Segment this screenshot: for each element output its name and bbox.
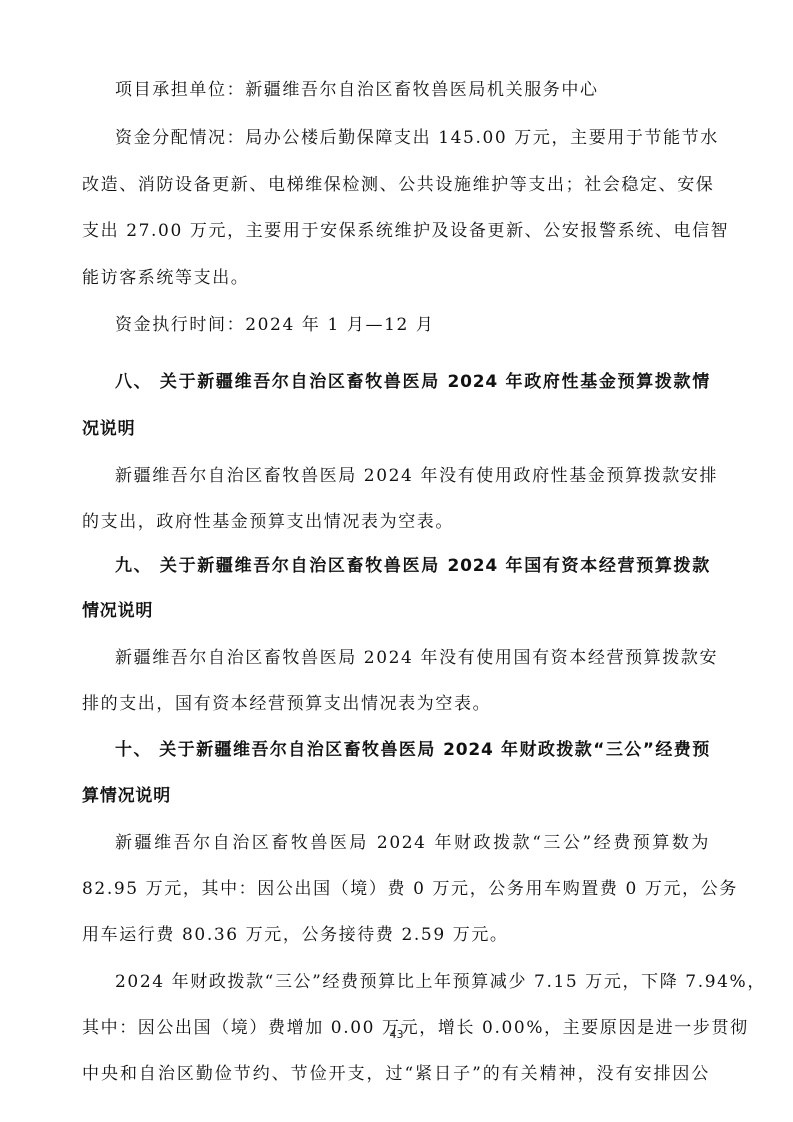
document-page: 项目承担单位：新疆维吾尔自治区畜牧兽医局机关服务中心 资金分配情况：局办公楼后勤… — [0, 0, 793, 1122]
section10-body1-line-3: 用车运行费 80.36 万元，公务接待费 2.59 万元。 — [82, 924, 509, 946]
section10-body2-line-3: 中央和自治区勤俭节约、节俭开支，过“紧日子”的有关精神，没有安排因公 — [82, 1063, 710, 1085]
section8-body-line-1: 新疆维吾尔自治区畜牧兽医局 2024 年没有使用政府性基金预算拨款安排 — [115, 465, 710, 487]
allocation-line-3: 支出 27.00 万元，主要用于安保系统维护及设备更新、公安报警系统、电信智 — [82, 220, 710, 242]
section10-body1-line-1: 新疆维吾尔自治区畜牧兽医局 2024 年财政拨款“三公”经费预算数为 — [115, 832, 710, 854]
page-number: 43 — [0, 1028, 793, 1041]
section10-body2-line-1: 2024 年财政拨款“三公”经费预算比上年预算减少 7.15 万元，下降 7.9… — [115, 971, 710, 993]
section9-heading-line-2: 情况说明 — [82, 600, 153, 622]
section9-body-line-2: 排的支出，国有资本经营预算支出情况表为空表。 — [82, 693, 491, 715]
project-unit: 项目承担单位：新疆维吾尔自治区畜牧兽医局机关服务中心 — [115, 79, 599, 101]
section10-heading-line-2: 算情况说明 — [82, 785, 171, 807]
section8-heading-line-2: 况说明 — [82, 418, 135, 440]
section10-body1-line-2: 82.95 万元，其中：因公出国（境）费 0 万元，公务用车购置费 0 万元，公… — [82, 878, 710, 900]
section10-heading-line-1: 十、 关于新疆维吾尔自治区畜牧兽医局 2024 年财政拨款“三公”经费预 — [115, 739, 710, 761]
section9-heading-line-1: 九、 关于新疆维吾尔自治区畜牧兽医局 2024 年国有资本经营预算拨款 — [115, 555, 710, 577]
execution-time: 资金执行时间：2024 年 1 月—12 月 — [115, 314, 435, 336]
allocation-line-1: 资金分配情况：局办公楼后勤保障支出 145.00 万元，主要用于节能节水 — [115, 127, 710, 149]
allocation-line-4: 能访客系统等支出。 — [82, 267, 249, 289]
section8-body-line-2: 的支出，政府性基金预算支出情况表为空表。 — [82, 511, 454, 533]
allocation-line-2: 改造、消防设备更新、电梯维保检测、公共设施维护等支出；社会稳定、安保 — [82, 174, 710, 196]
section9-body-line-1: 新疆维吾尔自治区畜牧兽医局 2024 年没有使用国有资本经营预算拨款安 — [115, 647, 710, 669]
section8-heading-line-1: 八、 关于新疆维吾尔自治区畜牧兽医局 2024 年政府性基金预算拨款情 — [115, 371, 710, 393]
